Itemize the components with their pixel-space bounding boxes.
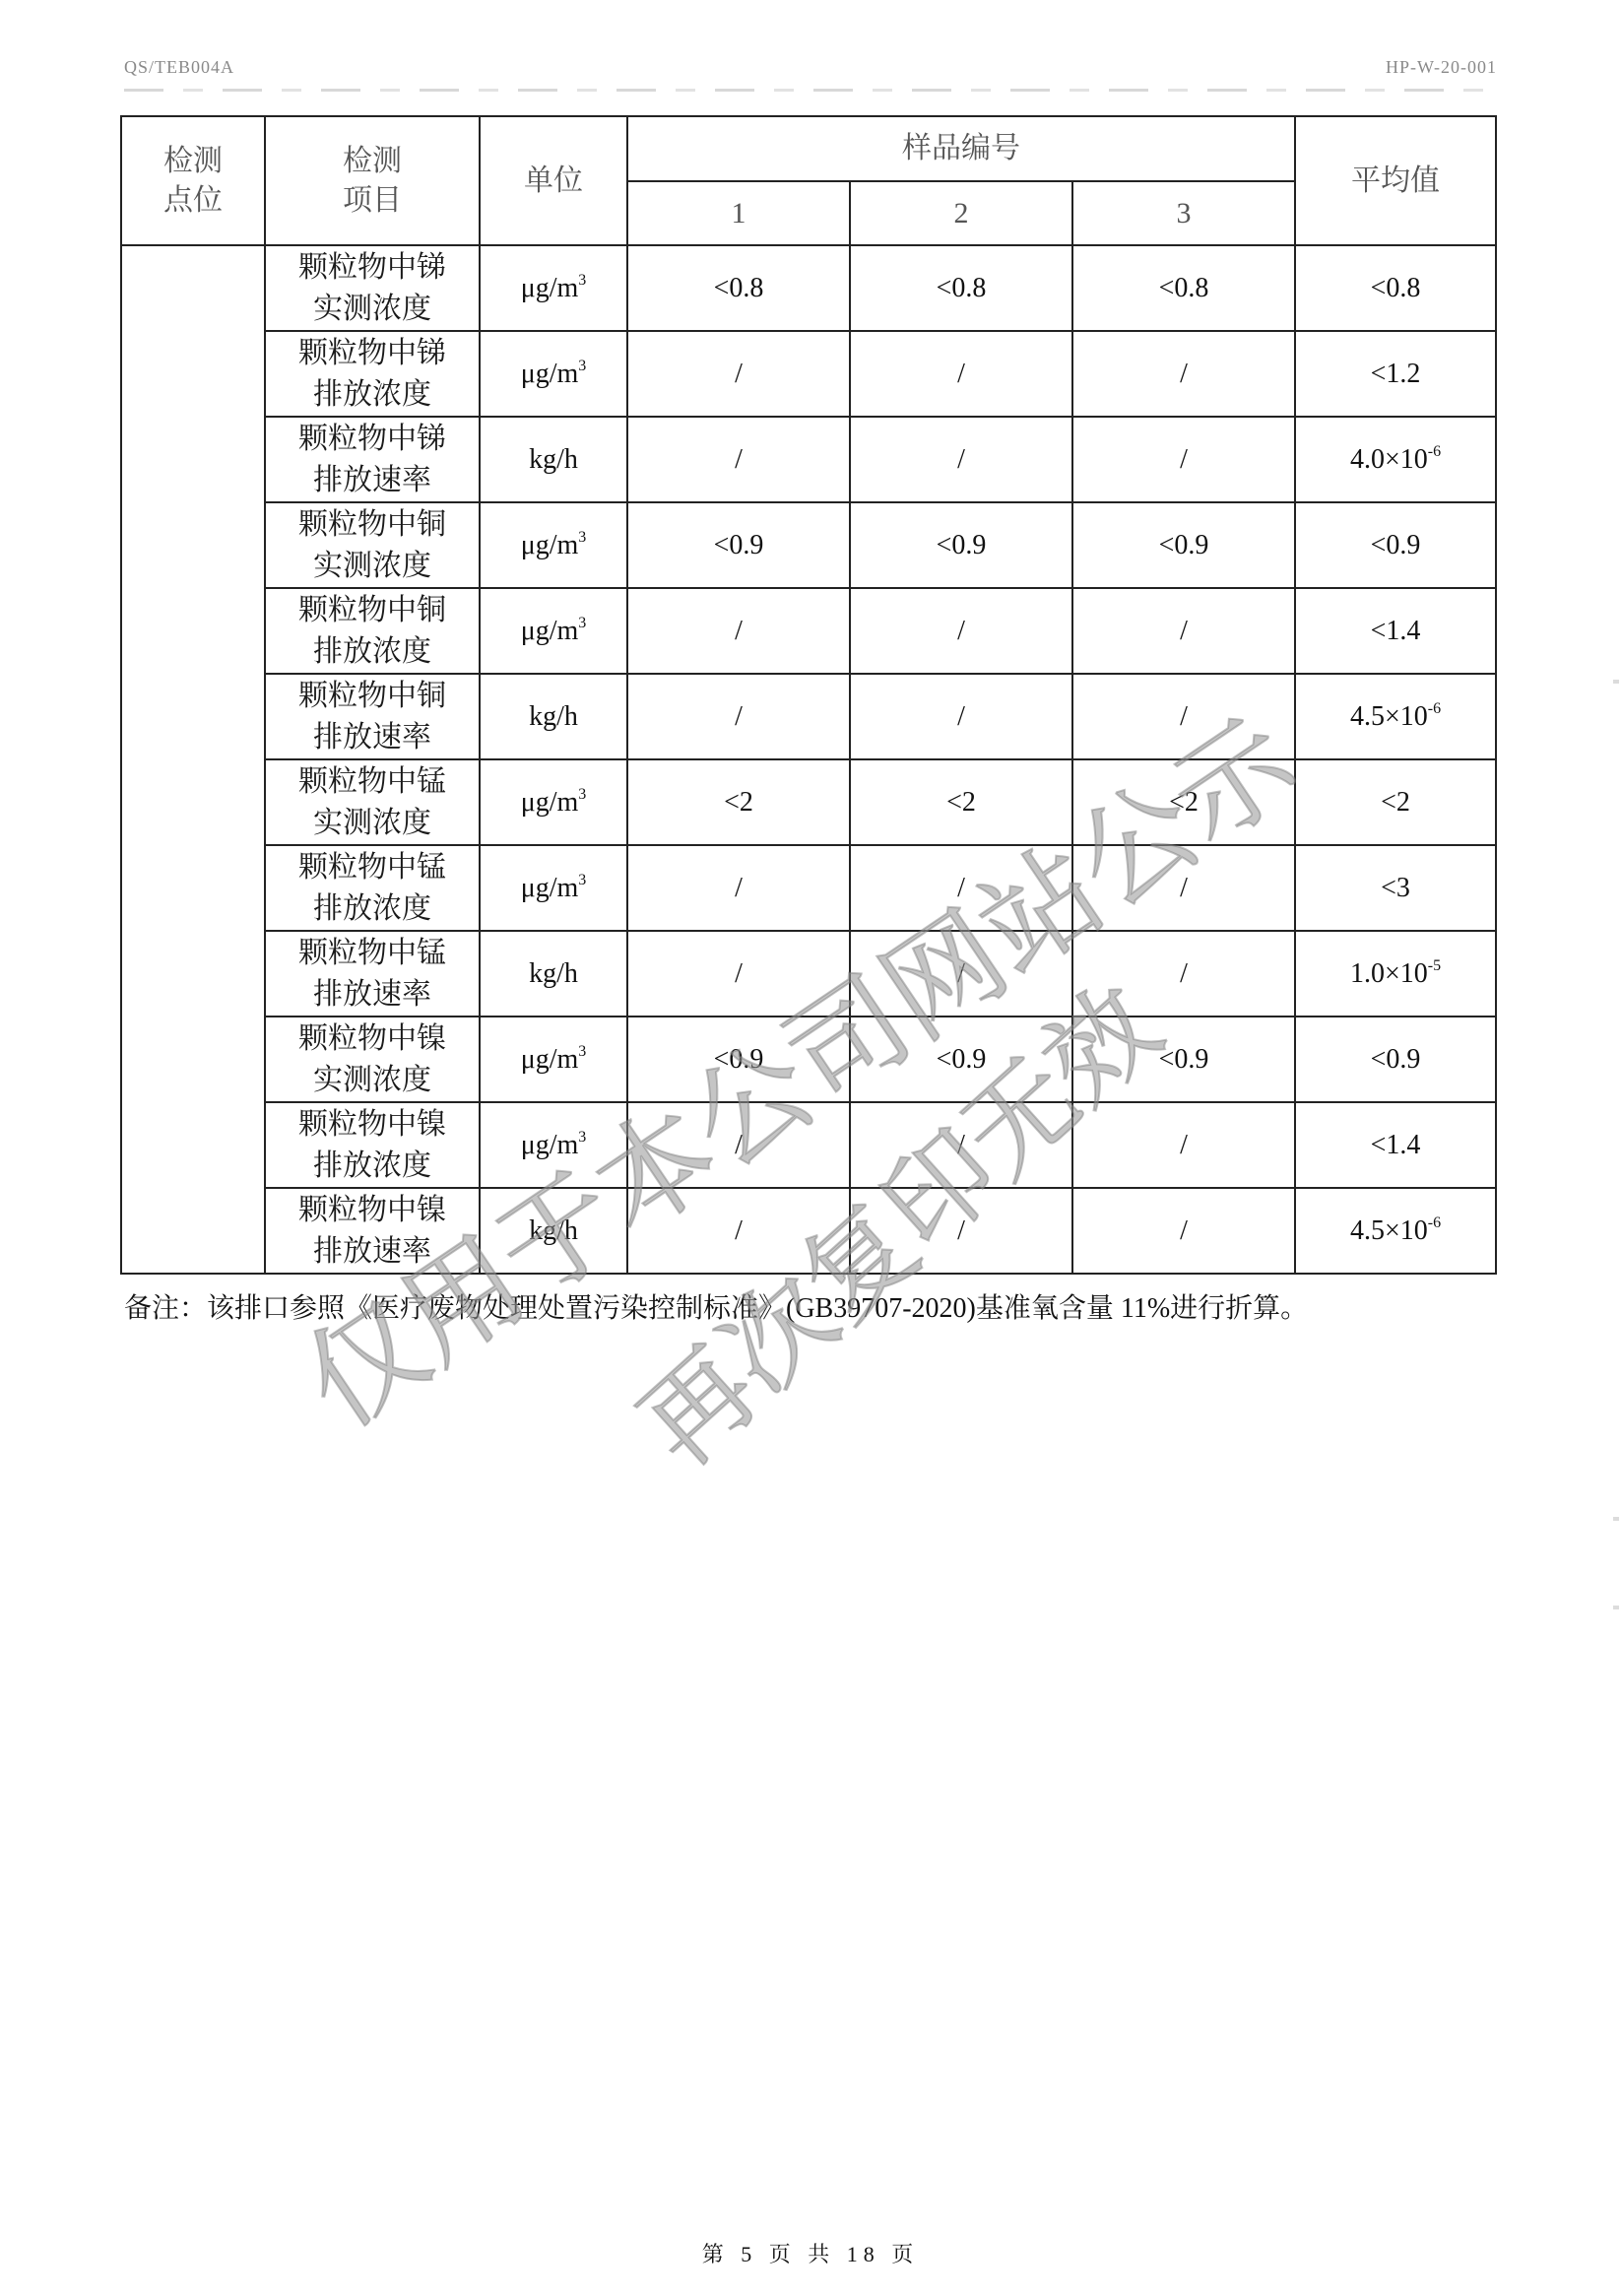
sample-1-value: <2 [627,759,850,845]
average-value: <0.8 [1295,245,1496,331]
item-name: 颗粒物中镍 [266,1104,479,1146]
item-name: 颗粒物中锑 [266,333,479,374]
table-row: 颗粒物中铜排放速率kg/h///4.5×10-6 [121,674,1496,759]
average-base: <1.2 [1371,359,1421,389]
item-metric: 排放速率 [266,717,479,758]
unit-cell: kg/h [480,931,627,1017]
document-code-left: QS/TEB004A [124,57,234,78]
sample-3-value: / [1072,1102,1295,1188]
unit-exponent: 3 [578,1043,586,1060]
average-base: <2 [1381,787,1410,818]
average-base: <0.9 [1371,530,1421,560]
item-metric: 实测浓度 [266,1060,479,1101]
item-name: 颗粒物中锑 [266,419,479,460]
unit-cell: μg/m3 [480,245,627,331]
sample-3-value: / [1072,588,1295,674]
average-exponent: -6 [1428,700,1441,717]
unit-base: μg/m [521,359,579,389]
average-value: 4.5×10-6 [1295,1188,1496,1274]
unit-base: μg/m [521,1130,579,1160]
sample-3-value: / [1072,417,1295,502]
unit-base: μg/m [521,1044,579,1075]
table-row: 颗粒物中锰实测浓度μg/m3<2<2<2<2 [121,759,1496,845]
item-metric: 排放速率 [266,460,479,501]
sample-1-value: / [627,588,850,674]
item-metric: 排放速率 [266,974,479,1016]
average-base: 1.0×10 [1350,958,1428,989]
table-row: 颗粒物中锰排放浓度μg/m3///<3 [121,845,1496,931]
average-value: <0.9 [1295,1017,1496,1102]
sample-3-value: <0.8 [1072,245,1295,331]
average-value: <0.9 [1295,502,1496,588]
table-row: 颗粒物中铜排放浓度μg/m3///<1.4 [121,588,1496,674]
item-metric: 实测浓度 [266,289,479,330]
sample-2-value: <0.8 [850,245,1072,331]
unit-base: μg/m [521,530,579,560]
average-value: <3 [1295,845,1496,931]
sample-1-value: / [627,845,850,931]
header-monitoring-point: 检测点位 [121,116,265,245]
sample-1-value: / [627,1102,850,1188]
table-row: 颗粒物中铜实测浓度μg/m3<0.9<0.9<0.9<0.9 [121,502,1496,588]
item-cell: 颗粒物中铜实测浓度 [265,502,480,588]
unit-exponent: 3 [578,872,586,888]
unit-exponent: 3 [578,529,586,546]
unit-exponent: 3 [578,615,586,631]
sample-1-value: <0.9 [627,1017,850,1102]
sample-2-value: / [850,674,1072,759]
unit-exponent: 3 [578,272,586,289]
item-cell: 颗粒物中锑实测浓度 [265,245,480,331]
item-cell: 颗粒物中锑排放速率 [265,417,480,502]
sample-1-value: / [627,931,850,1017]
unit-exponent: 3 [578,358,586,374]
unit-cell: μg/m3 [480,502,627,588]
sample-3-value: / [1072,931,1295,1017]
header-sample-1: 1 [627,181,850,245]
average-base: 4.5×10 [1350,701,1428,732]
unit-cell: μg/m3 [480,1102,627,1188]
unit-exponent: 3 [578,1129,586,1146]
unit-cell: μg/m3 [480,331,627,417]
average-value: 4.0×10-6 [1295,417,1496,502]
average-base: 4.5×10 [1350,1215,1428,1246]
item-cell: 颗粒物中锰排放速率 [265,931,480,1017]
sample-3-value: <0.9 [1072,1017,1295,1102]
item-cell: 颗粒物中铜排放浓度 [265,588,480,674]
sample-1-value: <0.8 [627,245,850,331]
item-cell: 颗粒物中铜排放速率 [265,674,480,759]
item-name: 颗粒物中镍 [266,1190,479,1231]
item-metric: 排放浓度 [266,1146,479,1187]
header-average: 平均值 [1295,116,1496,245]
sample-3-value: / [1072,674,1295,759]
sample-1-value: / [627,417,850,502]
header-sample-2: 2 [850,181,1072,245]
header-sample-number: 样品编号 [627,116,1295,181]
sample-2-value: / [850,331,1072,417]
item-metric: 实测浓度 [266,546,479,587]
unit-cell: μg/m3 [480,845,627,931]
sample-3-value: / [1072,845,1295,931]
item-name: 颗粒物中锰 [266,761,479,803]
sample-3-value: / [1072,331,1295,417]
item-cell: 颗粒物中锰实测浓度 [265,759,480,845]
unit-base: kg/h [529,444,578,475]
item-name: 颗粒物中铜 [266,504,479,546]
unit-base: kg/h [529,701,578,732]
item-name: 颗粒物中镍 [266,1018,479,1060]
item-metric: 排放浓度 [266,631,479,673]
average-exponent: -5 [1428,957,1441,974]
average-value: <2 [1295,759,1496,845]
unit-cell: kg/h [480,1188,627,1274]
unit-base: kg/h [529,1215,578,1246]
item-name: 颗粒物中锰 [266,847,479,888]
sample-1-value: / [627,674,850,759]
table-row: 颗粒物中镍排放浓度μg/m3///<1.4 [121,1102,1496,1188]
table-row: 颗粒物中锑排放浓度μg/m3///<1.2 [121,331,1496,417]
table-row: 颗粒物中锑实测浓度μg/m3<0.8<0.8<0.8<0.8 [121,245,1496,331]
sample-2-value: / [850,417,1072,502]
item-name: 颗粒物中锑 [266,247,479,289]
average-base: <1.4 [1371,616,1421,646]
sample-3-value: / [1072,1188,1295,1274]
unit-base: μg/m [521,273,579,303]
item-metric: 实测浓度 [266,803,479,844]
item-metric: 排放浓度 [266,374,479,416]
average-base: <0.9 [1371,1044,1421,1075]
average-exponent: -6 [1428,443,1441,460]
unit-cell: μg/m3 [480,1017,627,1102]
sample-2-value: / [850,1102,1072,1188]
unit-base: μg/m [521,873,579,903]
unit-base: μg/m [521,787,579,818]
monitoring-point-cell [121,245,265,1274]
document-code-right: HP-W-20-001 [1386,57,1497,78]
sample-2-value: / [850,845,1072,931]
item-cell: 颗粒物中锰排放浓度 [265,845,480,931]
average-base: <1.4 [1371,1130,1421,1160]
average-base: 4.0×10 [1350,444,1428,475]
item-metric: 排放速率 [266,1231,479,1273]
remark-note: 备注：该排口参照《医疗废物处理处置污染控制标准》(GB39707-2020)基准… [124,1286,1308,1326]
header-sample-3: 3 [1072,181,1295,245]
table-row: 颗粒物中镍排放速率kg/h///4.5×10-6 [121,1188,1496,1274]
unit-cell: μg/m3 [480,759,627,845]
scan-speck [1613,1517,1619,1521]
unit-base: kg/h [529,958,578,989]
average-value: 1.0×10-5 [1295,931,1496,1017]
unit-base: μg/m [521,616,579,646]
sample-1-value: / [627,331,850,417]
average-value: <1.4 [1295,588,1496,674]
item-cell: 颗粒物中镍排放浓度 [265,1102,480,1188]
unit-exponent: 3 [578,786,586,803]
scan-speck [1613,680,1619,684]
sample-2-value: / [850,931,1072,1017]
item-name: 颗粒物中铜 [266,676,479,717]
header-monitoring-item: 检测项目 [265,116,480,245]
page-number: 第 5 页 共 18 页 [0,2238,1621,2268]
header-divider [124,89,1493,92]
sample-3-value: <0.9 [1072,502,1295,588]
sample-2-value: / [850,588,1072,674]
header-unit: 单位 [480,116,627,245]
sample-1-value: <0.9 [627,502,850,588]
sample-1-value: / [627,1188,850,1274]
average-base: <0.8 [1371,273,1421,303]
sample-2-value: <2 [850,759,1072,845]
table-row: 颗粒物中锑排放速率kg/h///4.0×10-6 [121,417,1496,502]
item-name: 颗粒物中锰 [266,933,479,974]
scan-speck [1613,1606,1619,1609]
average-value: 4.5×10-6 [1295,674,1496,759]
item-name: 颗粒物中铜 [266,590,479,631]
sample-3-value: <2 [1072,759,1295,845]
sample-2-value: <0.9 [850,502,1072,588]
average-value: <1.2 [1295,331,1496,417]
average-exponent: -6 [1428,1214,1441,1231]
table-row: 颗粒物中镍实测浓度μg/m3<0.9<0.9<0.9<0.9 [121,1017,1496,1102]
unit-cell: kg/h [480,674,627,759]
average-value: <1.4 [1295,1102,1496,1188]
unit-cell: kg/h [480,417,627,502]
sample-2-value: <0.9 [850,1017,1072,1102]
average-base: <3 [1381,873,1410,903]
unit-cell: μg/m3 [480,588,627,674]
item-cell: 颗粒物中镍排放速率 [265,1188,480,1274]
item-cell: 颗粒物中镍实测浓度 [265,1017,480,1102]
monitoring-results-table: 检测点位 检测项目 单位 样品编号 平均值 1 2 3 颗粒物中锑实测浓度μg/… [120,115,1497,1275]
item-metric: 排放浓度 [266,888,479,930]
table-row: 颗粒物中锰排放速率kg/h///1.0×10-5 [121,931,1496,1017]
sample-2-value: / [850,1188,1072,1274]
item-cell: 颗粒物中锑排放浓度 [265,331,480,417]
